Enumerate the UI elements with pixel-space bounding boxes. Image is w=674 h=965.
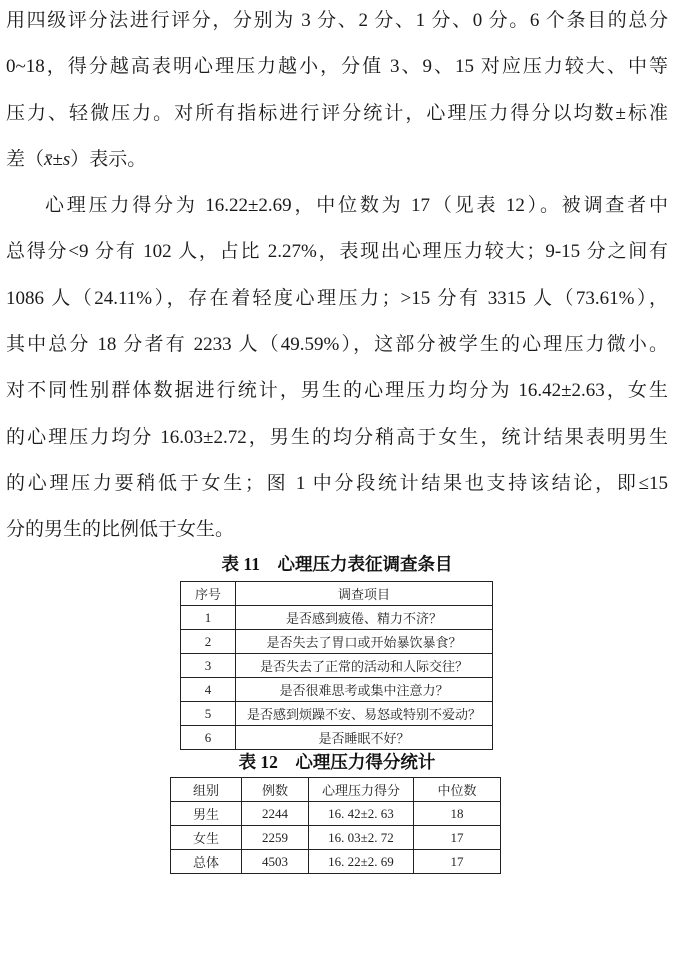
column-header: 组别 bbox=[171, 778, 242, 802]
plus-minus-symbol: ± bbox=[52, 149, 62, 170]
text-line: 其中总分 18 分者有 2233 人（49.59%），这部分被学生的心理压力微小… bbox=[6, 322, 668, 368]
cell-score: 16. 42±2. 63 bbox=[309, 802, 414, 826]
table-row: 3 是否失去了正常的活动和人际交往？ bbox=[181, 654, 493, 678]
column-header: 例数 bbox=[242, 778, 309, 802]
text-line: 0~18，得分越高表明心理压力越小，分值 3、9、15 对应压力较大、中等 bbox=[6, 44, 668, 90]
table12-header-row: 组别 例数 心理压力得分 中位数 bbox=[171, 778, 501, 802]
formula-suffix: ）表示。 bbox=[70, 149, 146, 170]
formula-line: 差（x̄±s）表示。 bbox=[6, 137, 668, 183]
cell-item: 是否感到烦躁不安、易怒或特别不爱动？ bbox=[236, 702, 493, 726]
text-line: 分的男生的比例低于女生。 bbox=[6, 507, 668, 553]
document-page: 用四级评分法进行评分，分别为 3 分、2 分、1 分、0 分。6 个条目的总分 … bbox=[0, 0, 674, 965]
table12-caption: 表 12 心理压力得分统计 bbox=[0, 750, 674, 774]
column-header: 中位数 bbox=[414, 778, 501, 802]
table-row: 1 是否感到疲倦、精力不济？ bbox=[181, 606, 493, 630]
text-line: 用四级评分法进行评分，分别为 3 分、2 分、1 分、0 分。6 个条目的总分 bbox=[6, 0, 668, 44]
body-text: 用四级评分法进行评分，分别为 3 分、2 分、1 分、0 分。6 个条目的总分 … bbox=[6, 0, 668, 554]
table-row: 总体 4503 16. 22±2. 69 17 bbox=[171, 850, 501, 874]
text-line: 的心理压力均分 16.03±2.72，男生的均分稍高于女生，统计结果表明男生 bbox=[6, 415, 668, 461]
cell-median: 17 bbox=[414, 850, 501, 874]
cell-item: 是否失去了胃口或开始暴饮暴食？ bbox=[236, 630, 493, 654]
cell-no: 4 bbox=[181, 678, 236, 702]
table11: 序号 调查项目 1 是否感到疲倦、精力不济？ 2 是否失去了胃口或开始暴饮暴食？… bbox=[180, 581, 493, 750]
text-line: 心理压力得分为 16.22±2.69，中位数为 17（见表 12）。被调查者中 bbox=[6, 183, 668, 229]
cell-item: 是否失去了正常的活动和人际交往？ bbox=[236, 654, 493, 678]
cell-group: 女生 bbox=[171, 826, 242, 850]
cell-item: 是否睡眠不好？ bbox=[236, 726, 493, 750]
cell-no: 3 bbox=[181, 654, 236, 678]
table11-header-row: 序号 调查项目 bbox=[181, 582, 493, 606]
column-header: 心理压力得分 bbox=[309, 778, 414, 802]
text-line: 总得分<9 分有 102 人，占比 2.27%，表现出心理压力较大；9-15 分… bbox=[6, 229, 668, 275]
column-header: 调查项目 bbox=[236, 582, 493, 606]
cell-no: 5 bbox=[181, 702, 236, 726]
text-line: 的心理压力要稍低于女生；图 1 中分段统计结果也支持该结论，即≤15 bbox=[6, 461, 668, 507]
cell-group: 男生 bbox=[171, 802, 242, 826]
formula-prefix: 差（ bbox=[6, 149, 44, 170]
table-row: 男生 2244 16. 42±2. 63 18 bbox=[171, 802, 501, 826]
cell-n: 2259 bbox=[242, 826, 309, 850]
table11-caption: 表 11 心理压力表征调查条目 bbox=[0, 552, 674, 576]
cell-median: 17 bbox=[414, 826, 501, 850]
cell-item: 是否感到疲倦、精力不济？ bbox=[236, 606, 493, 630]
text-line: 对不同性别群体数据进行统计，男生的心理压力均分为 16.42±2.63，女生 bbox=[6, 368, 668, 414]
text-line: 1086 人（24.11%），存在着轻度心理压力；>15 分有 3315 人（7… bbox=[6, 276, 668, 322]
table-row: 2 是否失去了胃口或开始暴饮暴食？ bbox=[181, 630, 493, 654]
cell-no: 2 bbox=[181, 630, 236, 654]
table-row: 5 是否感到烦躁不安、易怒或特别不爱动？ bbox=[181, 702, 493, 726]
cell-n: 4503 bbox=[242, 850, 309, 874]
cell-score: 16. 22±2. 69 bbox=[309, 850, 414, 874]
column-header: 序号 bbox=[181, 582, 236, 606]
cell-group: 总体 bbox=[171, 850, 242, 874]
cell-score: 16. 03±2. 72 bbox=[309, 826, 414, 850]
table-row: 女生 2259 16. 03±2. 72 17 bbox=[171, 826, 501, 850]
table-row: 6 是否睡眠不好？ bbox=[181, 726, 493, 750]
table-row: 4 是否很难思考或集中注意力？ bbox=[181, 678, 493, 702]
table12: 组别 例数 心理压力得分 中位数 男生 2244 16. 42±2. 63 18… bbox=[170, 777, 501, 874]
text-line: 压力、轻微压力。对所有指标进行评分统计，心理压力得分以均数±标准 bbox=[6, 91, 668, 137]
cell-median: 18 bbox=[414, 802, 501, 826]
cell-no: 1 bbox=[181, 606, 236, 630]
cell-item: 是否很难思考或集中注意力？ bbox=[236, 678, 493, 702]
cell-no: 6 bbox=[181, 726, 236, 750]
cell-n: 2244 bbox=[242, 802, 309, 826]
